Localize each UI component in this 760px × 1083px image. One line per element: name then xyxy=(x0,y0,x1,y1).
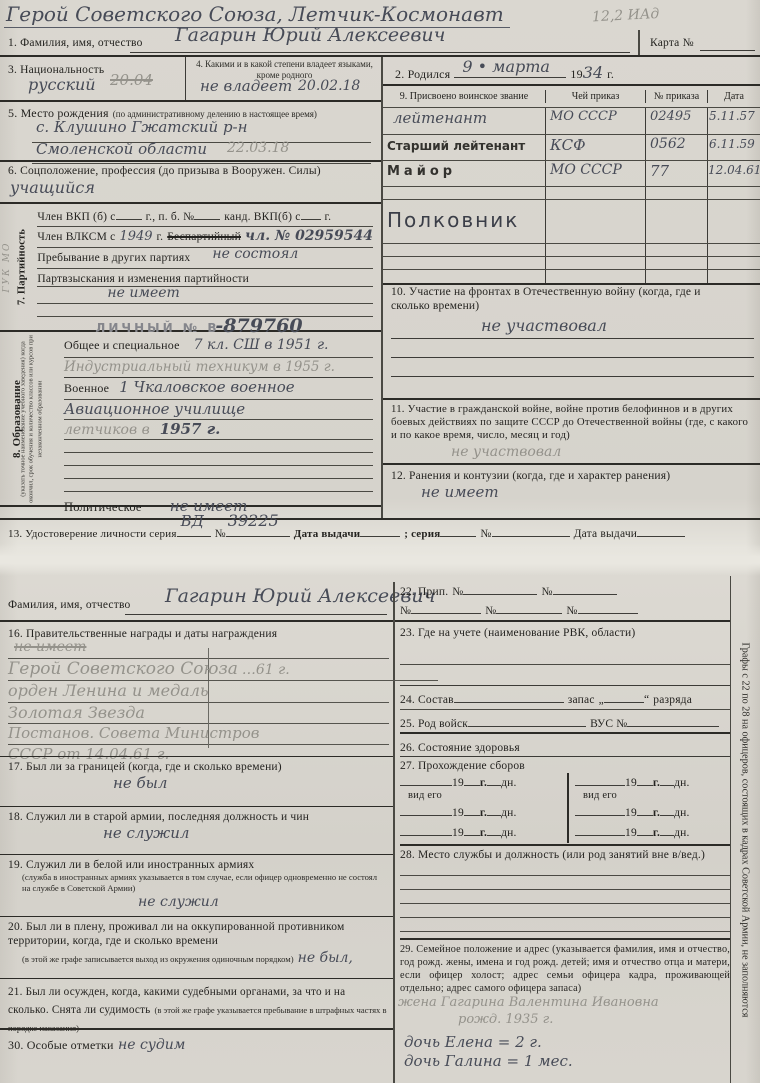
camp-days: дн. xyxy=(501,777,516,789)
awards-crossed: не имеет xyxy=(14,639,86,655)
camp-days: дн. xyxy=(674,827,689,839)
surname-value: Гагарин Юрий Алексеевич xyxy=(175,24,445,46)
abroad-box: 17. Был ли за границей (когда, где и ско… xyxy=(0,756,393,806)
camp-year-suffix: г. xyxy=(653,827,660,839)
fill-line xyxy=(637,773,653,786)
no-sign: № xyxy=(541,586,552,598)
camp-year-suffix: г. xyxy=(480,827,487,839)
party-vertical-label: 7. Партийность xyxy=(16,229,29,305)
camp-year-prefix: 19 xyxy=(452,827,464,839)
nationality-scribble: 20.04 xyxy=(110,71,153,89)
blank-line xyxy=(400,876,730,890)
nationality-language-box: 3. Национальность русский 20.04 4. Каким… xyxy=(0,57,381,102)
name2-label: Фамилия, имя, отчество xyxy=(8,598,130,612)
id-card-row: 13. Удостоверение личности серияВД №3922… xyxy=(0,518,760,544)
ww2-value: не участвовал xyxy=(481,316,607,335)
vkp-label-d: г. xyxy=(325,211,332,223)
ordernum-value: 02495 xyxy=(645,108,707,134)
blank-line xyxy=(64,440,373,453)
fill-line xyxy=(575,773,625,786)
vkp-label-c: канд. ВКП(б) с xyxy=(224,211,300,223)
awards-line4: Постанов. Совета Министров xyxy=(8,724,259,742)
branch-row: 25. Род войск ВУС № xyxy=(400,710,730,734)
nationality-value: русский xyxy=(28,75,96,94)
blank-line xyxy=(391,358,754,377)
vkp-label-b: г., п. б. № xyxy=(146,211,195,223)
camps-box: 27. Прохождение сборов 19г.дн. вид его 1… xyxy=(400,757,730,846)
rank-row-empty xyxy=(383,187,760,200)
sidebar-note: Графы с 22 по 28 на офицеров, состоящих … xyxy=(730,576,760,1083)
fill-line: ВД xyxy=(177,524,211,537)
card-fill xyxy=(700,50,755,51)
military-education-value3: летчиков в xyxy=(64,422,150,438)
rank-row: Полковник xyxy=(383,200,760,244)
camp-kind-label: вид его xyxy=(400,789,563,803)
paper-seam xyxy=(0,544,760,576)
ww2-box: 10. Участие на фронтах в Отечественную в… xyxy=(383,281,760,400)
name-underline xyxy=(130,52,630,53)
birthplace-pencil-date: 22.03.18 xyxy=(227,140,289,156)
rank-table: 9. Присвоено воинское звание Чей приказ … xyxy=(383,84,760,285)
general-education-label: Общее и специальное xyxy=(64,338,180,352)
awards-line2: орден Ленина и медаль xyxy=(8,681,209,700)
blank-line xyxy=(64,479,373,492)
composition-row: 24. Состав запас „“ разряда xyxy=(400,686,730,710)
fill-line xyxy=(411,601,481,614)
fill-line xyxy=(660,803,674,816)
camp-year-suffix: г. xyxy=(653,807,660,819)
composition-mid: запас xyxy=(568,694,595,706)
fill-line xyxy=(578,601,638,614)
camp-days: дн. xyxy=(501,807,516,819)
rank-row-empty xyxy=(383,257,760,270)
fill-line xyxy=(463,582,537,595)
fill-line xyxy=(553,582,617,595)
fill-line xyxy=(400,773,452,786)
fill-line xyxy=(604,690,644,703)
idcard-label: 13. Удостоверение личности серия xyxy=(8,528,177,540)
fill-line xyxy=(637,524,685,537)
awards-line1: Герой Советского Союза xyxy=(8,659,238,679)
military-education-year: 1957 г. xyxy=(160,420,221,438)
fill-line xyxy=(440,524,476,537)
camp-year-suffix: г. xyxy=(480,807,487,819)
idcard-series: ВД xyxy=(181,512,204,530)
languages-value: не владеет xyxy=(200,77,292,95)
blank-line xyxy=(400,862,730,876)
party-box: 7. Партийность ГУК МО Член ВКП (б) с г.,… xyxy=(0,202,381,332)
date-value: 12.04.61 xyxy=(707,161,760,186)
civil-war-label: 11. Участие в гражданской войне, войне п… xyxy=(391,403,754,443)
order-col-header: Чей приказ xyxy=(545,90,645,103)
quote-close: “ xyxy=(644,694,649,706)
name2-underline xyxy=(125,614,387,615)
rank-row: Майор МО СССР 77 12.04.61 xyxy=(383,161,760,187)
captivity-label: 20. Был ли в плену, проживал ли на оккуп… xyxy=(8,920,386,949)
order-value: КСФ xyxy=(545,135,645,160)
camp-kind-label: вид его xyxy=(575,789,730,803)
registration-box: 23. Где на учете (наименование РВК, обла… xyxy=(400,624,730,686)
fill-line xyxy=(575,823,625,836)
awards-line1-tail: …61 г. xyxy=(242,662,290,678)
sidebar-note-text: Графы с 22 по 28 на офицеров, состоящих … xyxy=(740,581,751,1078)
blank-line xyxy=(391,377,754,395)
other-parties-label: Пребывание в других партиях xyxy=(37,252,190,264)
military-education-label: Военное xyxy=(64,381,109,395)
general-education-value1: 7 кл. СШ в 1951 г. xyxy=(194,337,329,353)
fill-line xyxy=(468,714,586,727)
born-g: г. xyxy=(607,67,614,81)
lower-column-divider xyxy=(393,582,395,1083)
family-box: 29. Семейное положение и адрес (указывае… xyxy=(400,940,730,1083)
wounds-box: 12. Ранения и контузии (когда, где и хар… xyxy=(383,465,760,518)
captivity-sublabel: (в этой же графе записывается выход из о… xyxy=(22,954,294,964)
no-sign: № xyxy=(400,605,411,617)
fill-line xyxy=(660,773,674,786)
card-label: Карта № xyxy=(650,36,694,50)
composition-end: разряда xyxy=(653,694,692,706)
idcard-date-label: Дата выдачи xyxy=(294,528,360,540)
party-side-stamp: ГУК МО xyxy=(2,242,12,293)
fill-line xyxy=(301,207,321,220)
family-label: 29. Семейное положение и адрес (указывае… xyxy=(400,943,730,995)
born-century: 19 xyxy=(570,67,582,81)
order-value: МО СССР xyxy=(545,161,645,186)
card-divider xyxy=(638,30,640,55)
fill-line: 39225 xyxy=(226,524,290,537)
abroad-value: не был xyxy=(113,774,167,792)
civil-war-box: 11. Участие в гражданской войне, войне п… xyxy=(383,400,760,465)
fill-line xyxy=(660,823,674,836)
blank-line xyxy=(37,304,373,317)
fill-line xyxy=(464,803,480,816)
branch-label: 25. Род войск xyxy=(400,718,468,730)
education-vertical-note: (указать точное наименование учебного за… xyxy=(20,335,45,503)
convicted-box: 21. Был ли осужден, когда, какими судебн… xyxy=(0,978,393,1030)
idcard-series2-label: ; серия xyxy=(404,528,440,540)
fill-line xyxy=(400,823,452,836)
foreign-army-label: 19. Служил ли в белой или иностранных ар… xyxy=(8,858,389,872)
fill-line xyxy=(575,803,625,816)
fill-line xyxy=(116,207,142,220)
general-education-value2: Индустриальный техникум в 1955 г. xyxy=(64,359,335,375)
other-parties-value: не состоял xyxy=(212,246,298,262)
education-box: 8. Образование (указать точное наименова… xyxy=(0,332,381,507)
party-penalties-label: Партвзыскания и изменения партийности xyxy=(37,273,249,285)
party-penalties-value: не имеет xyxy=(107,285,179,301)
service-place-box: 28. Место службы и должность (или род за… xyxy=(400,846,730,940)
civil-war-value: не участвовал xyxy=(451,444,561,460)
camp-year-prefix: 19 xyxy=(625,827,637,839)
fill-line xyxy=(194,207,220,220)
fill-line xyxy=(487,773,501,786)
fill-line xyxy=(464,823,480,836)
military-education-value1: 1 Чкаловское военное xyxy=(119,378,294,396)
fill-line xyxy=(487,803,501,816)
nonparty-crossed: Беспартийный xyxy=(167,231,241,243)
born-fill: 9 • марта xyxy=(454,65,566,78)
family-wife-birth: рожд. 1935 г. xyxy=(458,1012,553,1027)
vlksm-card-number: чл. № 02959544 xyxy=(245,228,373,244)
assigned-box: 22. Прип. № № № № № xyxy=(400,582,730,620)
languages-date: 20.02.18 xyxy=(298,78,360,94)
order-value: МО СССР xyxy=(545,108,645,134)
family-daughter1: дочь Елена = 2 г. xyxy=(404,1033,542,1051)
no-sign: № xyxy=(485,605,496,617)
camp-year-prefix: 19 xyxy=(452,807,464,819)
social-box: 6. Соцположение, профессия (до призыва в… xyxy=(0,162,381,202)
foreign-army-box: 19. Служил ли в белой или иностранных ар… xyxy=(0,854,393,916)
awards-line3: Золотая Звезда xyxy=(8,703,145,722)
column-divider xyxy=(381,57,383,518)
camp-days: дн. xyxy=(674,777,689,789)
no-sign: № xyxy=(566,605,577,617)
assigned-label: 22. Прип. xyxy=(400,586,448,598)
camp-days: дн. xyxy=(501,827,516,839)
ordernum-col-header: № приказа xyxy=(645,90,707,103)
fill-line xyxy=(360,524,400,537)
old-army-value: не служил xyxy=(103,824,189,842)
social-label: 6. Соцположение, профессия (до призыва в… xyxy=(8,164,375,178)
born-row: 2. Родился 9 • марта 1934 г. xyxy=(383,57,760,84)
date-value: 5.11.57 xyxy=(707,108,760,134)
abroad-label: 17. Был ли за границей (когда, где и ско… xyxy=(8,760,389,774)
military-education-value2: Авиационное училище xyxy=(64,400,245,418)
camp-year-prefix: 19 xyxy=(452,777,464,789)
rank-row-empty xyxy=(383,244,760,257)
special-notes-box: 30. Особые отметки xyxy=(0,1032,393,1082)
blank-line xyxy=(400,640,730,665)
fill-line xyxy=(627,714,719,727)
vlksm-label: Член ВЛКСМ с xyxy=(37,231,115,243)
fill-line xyxy=(492,524,570,537)
health-row: 26. Состояние здоровья xyxy=(400,734,730,757)
date-value: 6.11.59 xyxy=(707,135,760,160)
ordernum-value: 0562 xyxy=(645,135,707,160)
rank-value: лейтенант xyxy=(383,108,545,134)
social-value: учащийся xyxy=(10,178,95,197)
family-daughter2: дочь Галина = 1 мес. xyxy=(404,1052,573,1070)
family-wife: жена Гагарина Валентина Ивановна xyxy=(398,995,659,1010)
fill-line xyxy=(637,803,653,816)
idcard-no-sign: № xyxy=(215,528,226,540)
ww2-label: 10. Участие на фронтах в Отечественную в… xyxy=(391,285,741,314)
fill-line xyxy=(487,823,501,836)
wounds-label: 12. Ранения и контузии (когда, где и хар… xyxy=(391,469,754,483)
vkp-label-a: Член ВКП (б) с xyxy=(37,211,115,223)
blank-line xyxy=(400,904,730,918)
born-value: 9 • марта xyxy=(462,57,550,76)
birthplace-box: 5. Место рождения (по административному … xyxy=(0,102,381,162)
political-education-label: Политическое xyxy=(64,500,142,514)
captivity-box: 20. Был ли в плену, проживал ли на оккуп… xyxy=(0,916,393,978)
rank-row: Старший лейтенант КСФ 0562 6.11.59 xyxy=(383,135,760,161)
surname-label: 1. Фамилия, имя, отчество xyxy=(8,36,143,50)
vlksm-g: г. xyxy=(157,231,164,243)
fill-line xyxy=(454,690,564,703)
vus-label: ВУС № xyxy=(590,718,627,730)
blank-line xyxy=(391,339,754,358)
blank-line xyxy=(400,918,730,932)
rank-value: Майор xyxy=(383,161,545,186)
rank-col-header: 9. Присвоено воинское звание xyxy=(383,90,545,103)
blank-line xyxy=(400,890,730,904)
birthplace-line1: с. Клушино Гжатский р-н xyxy=(36,118,248,136)
camp-year-suffix: г. xyxy=(480,777,487,789)
heavy-rule-lower xyxy=(0,620,730,622)
idcard-number: 39225 xyxy=(228,511,279,530)
rank-row: лейтенант МО СССР 02495 5.11.57 xyxy=(383,108,760,135)
camp-days: дн. xyxy=(674,807,689,819)
camp-year-suffix: г. xyxy=(653,777,660,789)
fill-line xyxy=(496,601,562,614)
registration-label: 23. Где на учете (наименование РВК, обла… xyxy=(400,626,730,640)
blank-line xyxy=(64,466,373,479)
foreign-army-sublabel: (служба в иностранных армиях указывается… xyxy=(22,872,382,893)
birthplace-line2: Смоленской области xyxy=(36,140,207,158)
blank-line xyxy=(64,453,373,466)
date-col-header: Дата xyxy=(707,90,760,103)
old-army-box: 18. Служил ли в старой армии, последняя … xyxy=(0,806,393,854)
no-sign: № xyxy=(452,586,463,598)
ordernum-value: 77 xyxy=(645,161,707,186)
composition-label: 24. Состав xyxy=(400,694,454,706)
camps-label: 27. Прохождение сборов xyxy=(400,759,730,773)
camp-year-prefix: 19 xyxy=(625,807,637,819)
captivity-value: не был, xyxy=(298,950,353,966)
born-label: 2. Родился xyxy=(395,67,450,81)
fill-line xyxy=(464,773,480,786)
foreign-army-value: не служил xyxy=(138,894,219,910)
wounds-value: не имеет xyxy=(421,483,499,501)
service-place-label: 28. Место службы и должность (или род за… xyxy=(400,848,730,862)
old-army-label: 18. Служил ли в старой армии, последняя … xyxy=(8,810,389,824)
born-year: 34 xyxy=(583,63,603,82)
special-notes-label: 30. Особые отметки xyxy=(8,1038,114,1052)
rank-table-header: 9. Присвоено воинское звание Чей приказ … xyxy=(383,86,760,108)
health-label: 26. Состояние здоровья xyxy=(400,742,520,754)
rank-value: Старший лейтенант xyxy=(383,135,545,160)
idcard-no-sign2: № xyxy=(480,528,491,540)
vlksm-year: 1949 xyxy=(119,229,152,244)
idcard-date2-label: Дата выдачи xyxy=(574,528,638,540)
awards-box: 16. Правительственные награды и даты наг… xyxy=(0,624,393,754)
camp-year-prefix: 19 xyxy=(625,777,637,789)
rank-value: Полковник xyxy=(383,200,545,243)
fill-line xyxy=(637,823,653,836)
fill-line xyxy=(400,803,452,816)
